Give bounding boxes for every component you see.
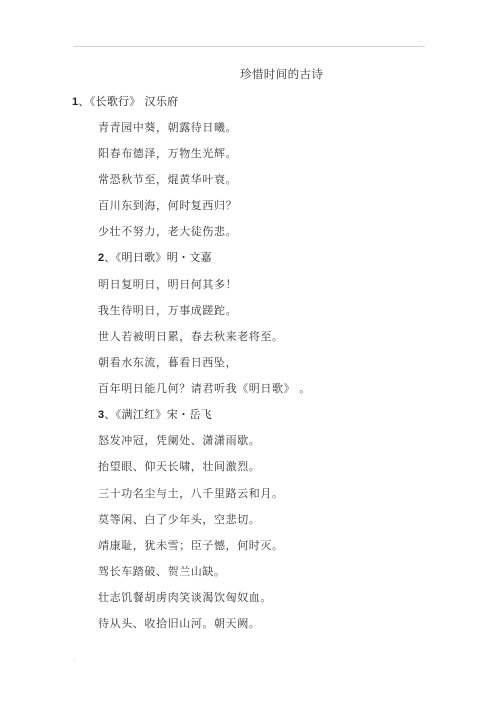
poem-3-heading: 3、《满江红》宋・岳飞 bbox=[98, 408, 212, 422]
poem-line: 世人若被明日累，春去秋来老将至。 bbox=[98, 330, 284, 344]
poem-line: 阳春布德泽，万物生光辉。 bbox=[98, 147, 237, 161]
footer-mark: : bbox=[74, 657, 76, 663]
poem-line: 常恐秋节至，焜黄华叶衰。 bbox=[98, 173, 237, 187]
document-page: - 珍惜时间的古诗 1、《长歌行》 汉乐府 青青园中葵，朝露待日曦。 阳春布德泽… bbox=[0, 0, 500, 708]
poem-line: 壮志饥餐胡虏肉笑谈渴饮匈奴血。 bbox=[98, 591, 272, 605]
poem-line: 三十功名尘与土，八千里路云和月。 bbox=[98, 487, 284, 501]
poem-2-heading: 2、《明日歌》明・文嘉 bbox=[98, 251, 212, 265]
poem-line: 靖康耻，犹未雪；臣子憾，何时灭。 bbox=[98, 539, 284, 553]
poem-line: 抬望眼、仰天长啸，壮间激烈。 bbox=[98, 460, 260, 474]
header-mark: - bbox=[420, 39, 422, 45]
poem-line: 朝看水东流，暮看日西坠， bbox=[98, 356, 237, 370]
poem-line: 少壮不努力，老大徒伤悲。 bbox=[98, 225, 237, 239]
poem-line: 待从头、收拾旧山河。朝天阙。 bbox=[98, 617, 260, 631]
poem-line: 我生待明日，万事成蹉跎。 bbox=[98, 304, 237, 318]
poem-line: 明日复明日，明日何其多！ bbox=[98, 278, 237, 292]
poem-line: 百川东到海，何时复西归？ bbox=[98, 199, 237, 213]
poem-line: 驾长车踏破、贺兰山缺。 bbox=[98, 565, 226, 579]
poem-line: 青青园中葵，朝露待日曦。 bbox=[98, 121, 237, 135]
poem-title: 、《长歌行》 汉乐府 bbox=[78, 95, 178, 108]
poem-1-heading: 1、《长歌行》 汉乐府 bbox=[72, 95, 178, 109]
poem-line: 百年明日能几何？请君听我《明日歌》 。 bbox=[98, 382, 311, 396]
poem-line: 怒发冲冠，凭阑处、潇潇雨歇。 bbox=[98, 434, 260, 448]
header-rule bbox=[73, 46, 425, 47]
poem-line: 莫等闲、白了少年头，空悲切。 bbox=[98, 513, 260, 527]
poem-title: 、《满江红》宋・岳飞 bbox=[104, 408, 212, 421]
document-title: 珍惜时间的古诗 bbox=[240, 66, 323, 82]
poem-title: 、《明日歌》明・文嘉 bbox=[104, 251, 212, 264]
